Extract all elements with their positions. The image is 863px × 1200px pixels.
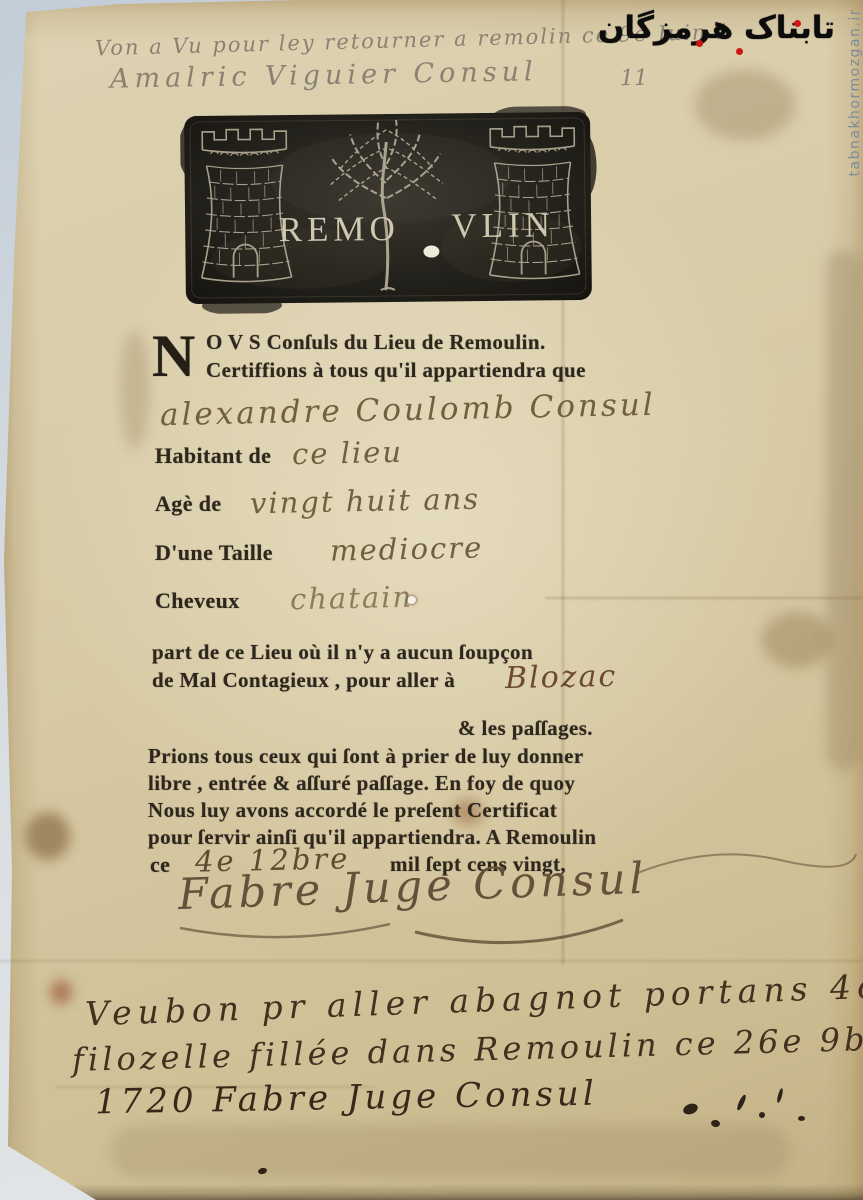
- field-value-age: vingt huit ans: [250, 482, 481, 521]
- closing-line3: Nous luy avons accordé le preſent Certif…: [148, 798, 557, 823]
- watermark-dot: [794, 20, 801, 27]
- body-line1: part de ce Lieu où il n'y a aucun ſoupço…: [152, 640, 533, 665]
- document-photo: Von a Vu pour ley retourner a remolin ce…: [0, 0, 863, 1200]
- opening-line1: O V S Conſuls du Lieu de Remoulin.: [206, 330, 546, 355]
- watermark-url: tabnakhormozgan.ir: [847, 8, 863, 176]
- stamp-text-left: REMO: [278, 209, 400, 249]
- opening-line2: Certiffions à tous qu'il appartiendra qu…: [206, 358, 586, 383]
- field-value-cheveux: chatain: [290, 580, 414, 617]
- closing-line2: libre , entrée & aſſuré paſſage. En foy …: [148, 771, 575, 796]
- stamp-graphic: REMO VLIN: [180, 106, 598, 314]
- body-line2: de Mal Contagieux , pour aller à: [152, 668, 455, 693]
- top-annotation-mark: 11: [620, 66, 649, 92]
- watermark-dot: [696, 40, 703, 47]
- watermark-logo: تابناک هرمزگان: [598, 10, 835, 46]
- date-prefix: ce: [150, 852, 170, 878]
- passages-line: & les paſſages.: [458, 716, 593, 741]
- field-label-taille: D'une Taille: [155, 540, 273, 566]
- ink-splatter: [655, 1078, 825, 1150]
- drop-cap: N: [152, 328, 195, 384]
- field-value-taille: mediocre: [330, 530, 484, 567]
- closing-line1: Prions tous ceux qui ſont à prier de luy…: [148, 744, 584, 769]
- field-label-cheveux: Cheveux: [155, 588, 240, 614]
- watermark-dot: [736, 48, 743, 55]
- field-value-habitant: ce lieu: [292, 435, 404, 471]
- field-label-habitant: Habitant de: [155, 443, 271, 469]
- destination-entry: Blozac: [505, 659, 618, 696]
- remoulin-stamp: REMO VLIN: [180, 106, 598, 314]
- field-label-age: Agè de: [155, 491, 222, 517]
- stamp-text-right: VLIN: [451, 205, 555, 245]
